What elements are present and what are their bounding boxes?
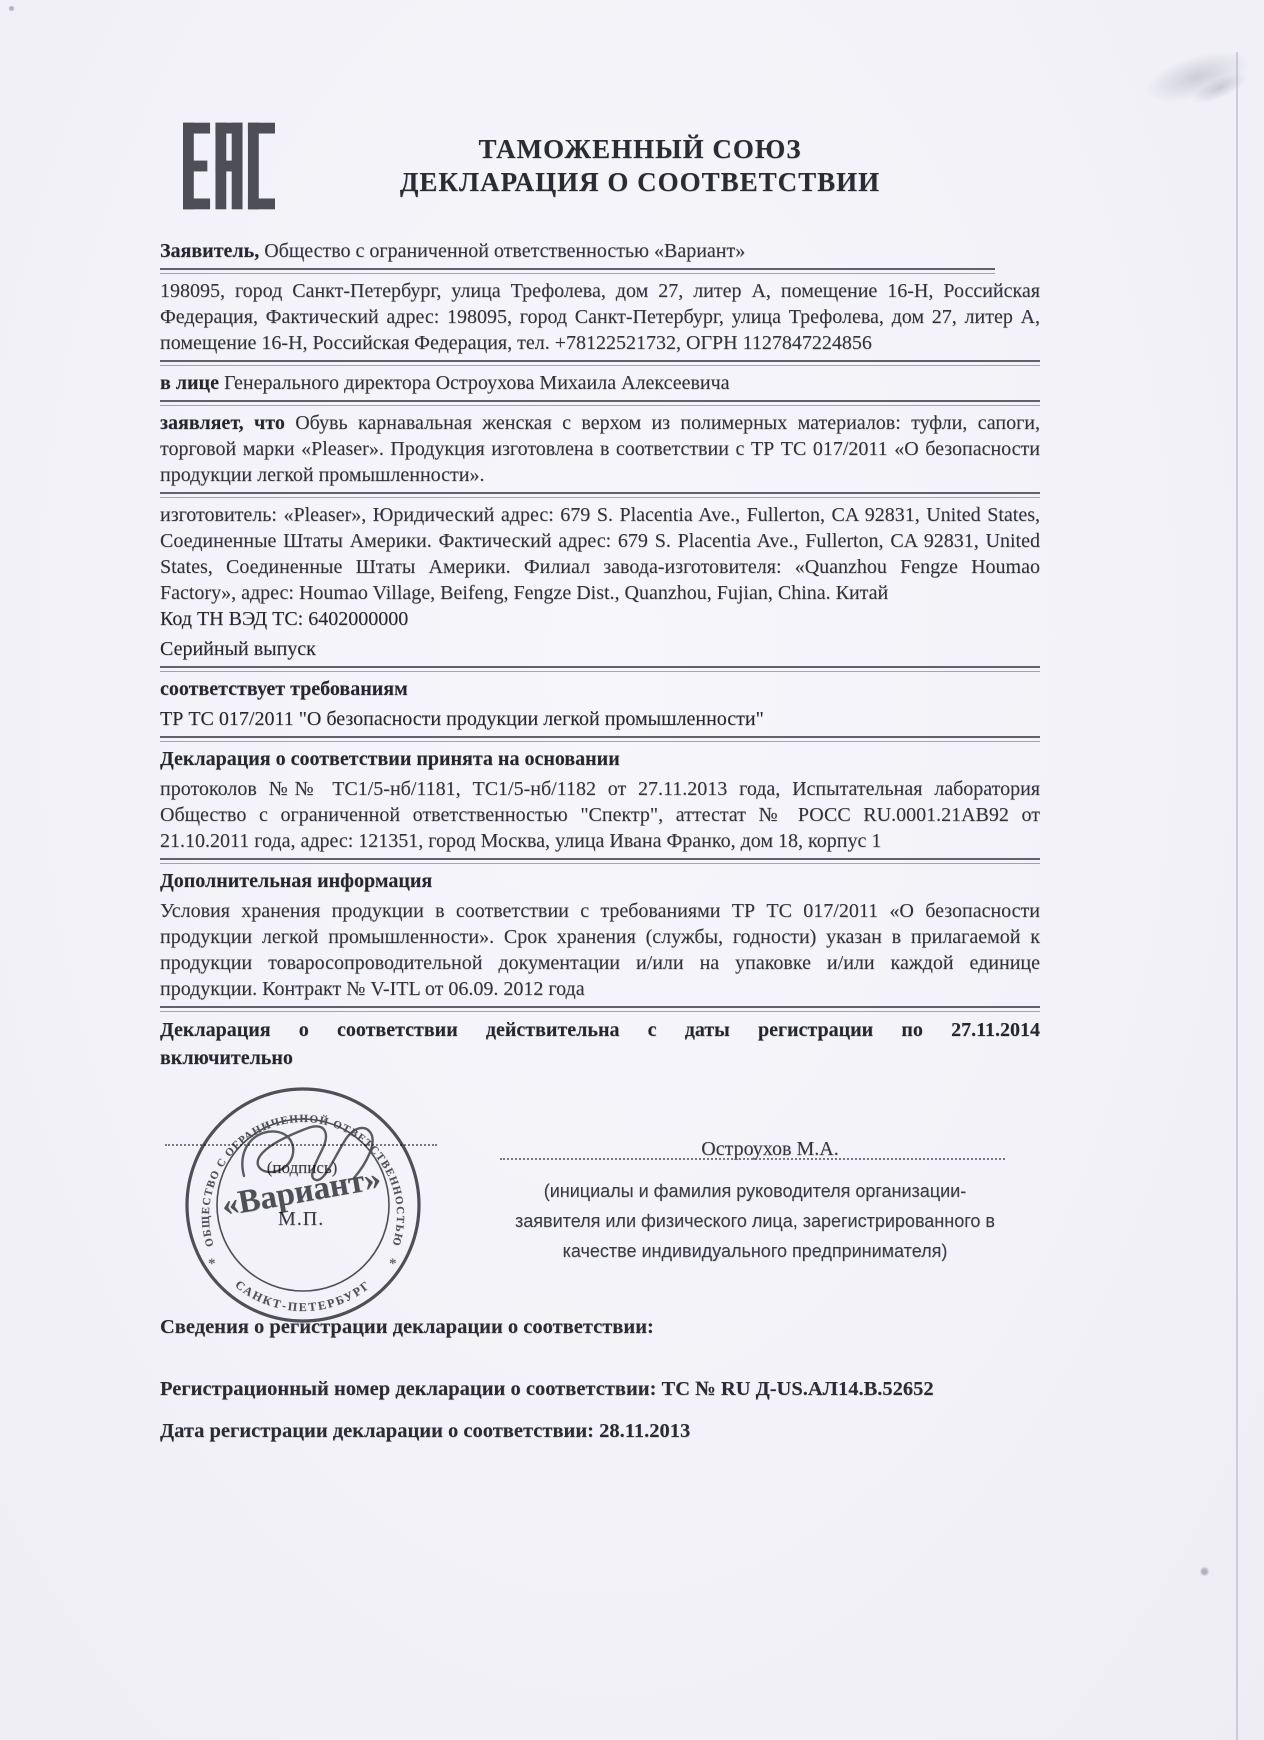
applicant-label: Заявитель, — [160, 240, 259, 262]
declares-row: заявляет, что Обувь карнавальная женская… — [160, 410, 1040, 488]
registration-date-line: Дата регистрации декларации о соответств… — [160, 1420, 1060, 1443]
declares-label: заявляет, что — [160, 412, 285, 434]
title-line-2: ДЕКЛАРАЦИЯ О СООТВЕТСТВИИ — [320, 166, 960, 199]
scan-speck-bottom-right — [1200, 1566, 1209, 1577]
section-divider — [160, 492, 1040, 498]
manufacturer-paragraph: изготовитель: «Pleaser», Юридический адр… — [160, 502, 1040, 606]
scan-speck-top-left — [8, 6, 15, 11]
additional-heading: Дополнительная информация — [160, 868, 1040, 894]
validity-statement-line1: Декларация о соответствии действительна … — [160, 1016, 1040, 1044]
eac-mark-icon — [183, 118, 275, 214]
complies-heading: соответствует требованиям — [160, 676, 1040, 702]
section-divider — [160, 1006, 1040, 1012]
title-line-1: ТАМОЖЕННЫЙ СОЮЗ — [320, 133, 960, 166]
section-divider — [160, 666, 1040, 672]
serial-release: Серийный выпуск — [160, 636, 1040, 662]
applicant-address: 198095, город Санкт-Петербург, улица Тре… — [160, 278, 1040, 356]
section-divider — [160, 400, 1040, 406]
registration-info-heading: Сведения о регистрации декларации о соот… — [160, 1316, 1060, 1339]
declaration-document-page: ТАМОЖЕННЫЙ СОЮЗ ДЕКЛАРАЦИЯ О СООТВЕТСТВИ… — [0, 0, 1264, 1740]
head-name-line — [500, 1158, 1005, 1160]
basis-paragraph: протоколов №№ ТС1/5-нб/1181, ТС1/5-нб/11… — [160, 776, 1040, 854]
section-divider — [160, 268, 995, 274]
stamp-star-left: * — [208, 1256, 216, 1272]
basis-heading: Декларация о соответствии принята на осн… — [160, 746, 1040, 772]
additional-paragraph: Условия хранения продукции в соответстви… — [160, 898, 1040, 1002]
head-name-caption: (инициалы и фамилия руководителя организ… — [515, 1176, 995, 1266]
tn-ved-code: Код ТН ВЭД ТС: 6402000000 — [160, 606, 1040, 632]
in-person-label: в лице — [160, 372, 219, 394]
declares-value: Обувь карнавальная женская с верхом из п… — [160, 412, 1040, 486]
in-person-row: в лице Генерального директора Остроухова… — [160, 370, 1040, 396]
section-divider — [160, 858, 1040, 864]
applicant-row: Заявитель, Общество с ограниченной ответ… — [160, 238, 1040, 264]
section-divider — [160, 360, 1040, 366]
document-body: Заявитель, Общество с ограниченной ответ… — [160, 238, 1040, 1072]
complies-value: ТР ТС 017/2011 "О безопасности продукции… — [160, 706, 1040, 732]
section-divider — [160, 736, 1040, 742]
document-title: ТАМОЖЕННЫЙ СОЮЗ ДЕКЛАРАЦИЯ О СООТВЕТСТВИ… — [320, 133, 960, 199]
in-person-value: Генерального директора Остроухова Михаил… — [224, 372, 730, 394]
registration-number-line: Регистрационный номер декларации о соотв… — [160, 1378, 1060, 1401]
stamp-star-right: * — [389, 1256, 397, 1272]
company-stamp: ОБЩЕСТВО С ОГРАНИЧЕННОЙ ОТВЕТСТВЕННОСТЬЮ… — [178, 1080, 428, 1330]
scanner-edge-line — [1236, 52, 1238, 1740]
validity-statement-line2: включительно — [160, 1044, 1040, 1072]
applicant-value: Общество с ограниченной ответственностью… — [264, 240, 745, 262]
